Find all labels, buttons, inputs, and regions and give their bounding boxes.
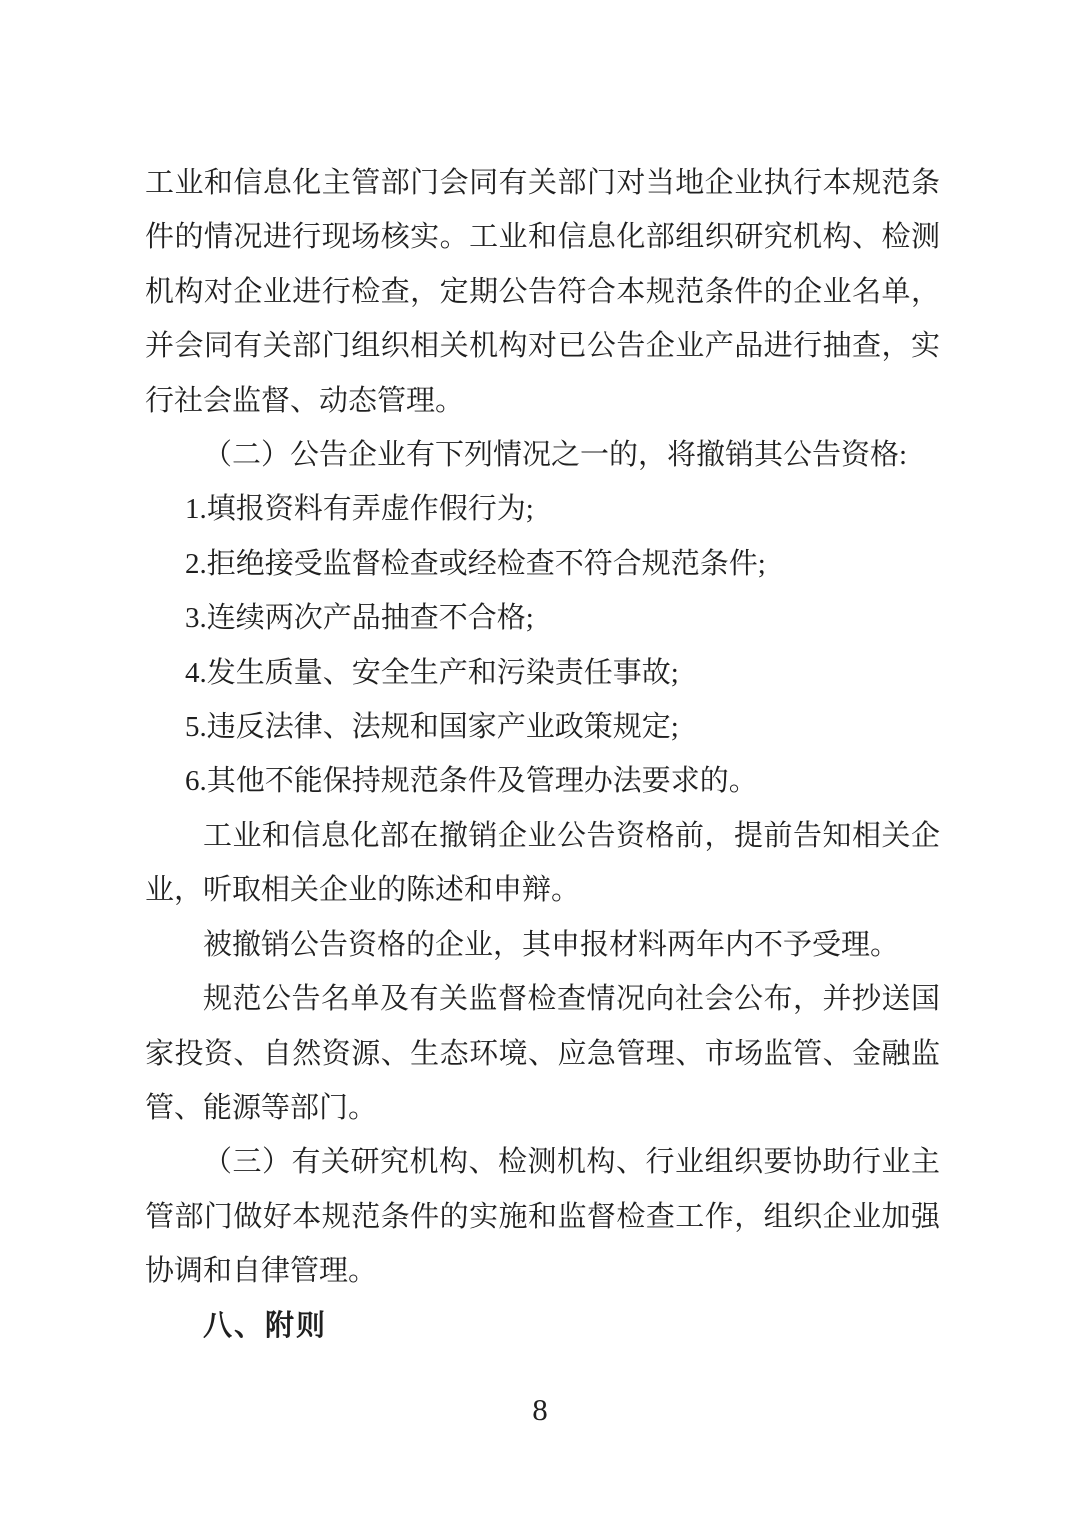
list-item: 5.违反法律、法规和国家产业政策规定; (145, 700, 940, 754)
paragraph: 被撤销公告资格的企业，其申报材料两年内不予受理。 (145, 918, 940, 972)
list-item: 4.发生质量、安全生产和污染责任事故; (145, 646, 940, 700)
paragraph: 工业和信息化部在撤销企业公告资格前，提前告知相关企业，听取相关企业的陈述和申辩。 (145, 809, 940, 918)
list-item: 2.拒绝接受监督检查或经检查不符合规范条件; (145, 537, 940, 591)
list-item: 6.其他不能保持规范条件及管理办法要求的。 (145, 754, 940, 808)
list-item: 3.连续两次产品抽查不合格; (145, 591, 940, 645)
page-number: 8 (0, 1392, 1080, 1428)
list-item: 1.填报资料有弄虚作假行为; (145, 482, 940, 536)
paragraph: 规范公告名单及有关监督检查情况向社会公布，并抄送国家投资、自然资源、生态环境、应… (145, 972, 940, 1135)
paragraph: （三）有关研究机构、检测机构、行业组织要协助行业主管部门做好本规范条件的实施和监… (145, 1135, 940, 1298)
document-page: 工业和信息化主管部门会同有关部门对当地企业执行本规范条件的情况进行现场核实。工业… (0, 0, 1080, 1526)
paragraph-continuation: 工业和信息化主管部门会同有关部门对当地企业执行本规范条件的情况进行现场核实。工业… (145, 156, 940, 428)
section-heading: 八、附则 (145, 1299, 940, 1353)
document-body: 工业和信息化主管部门会同有关部门对当地企业执行本规范条件的情况进行现场核实。工业… (145, 156, 940, 1353)
paragraph: （二）公告企业有下列情况之一的，将撤销其公告资格: (145, 428, 940, 482)
